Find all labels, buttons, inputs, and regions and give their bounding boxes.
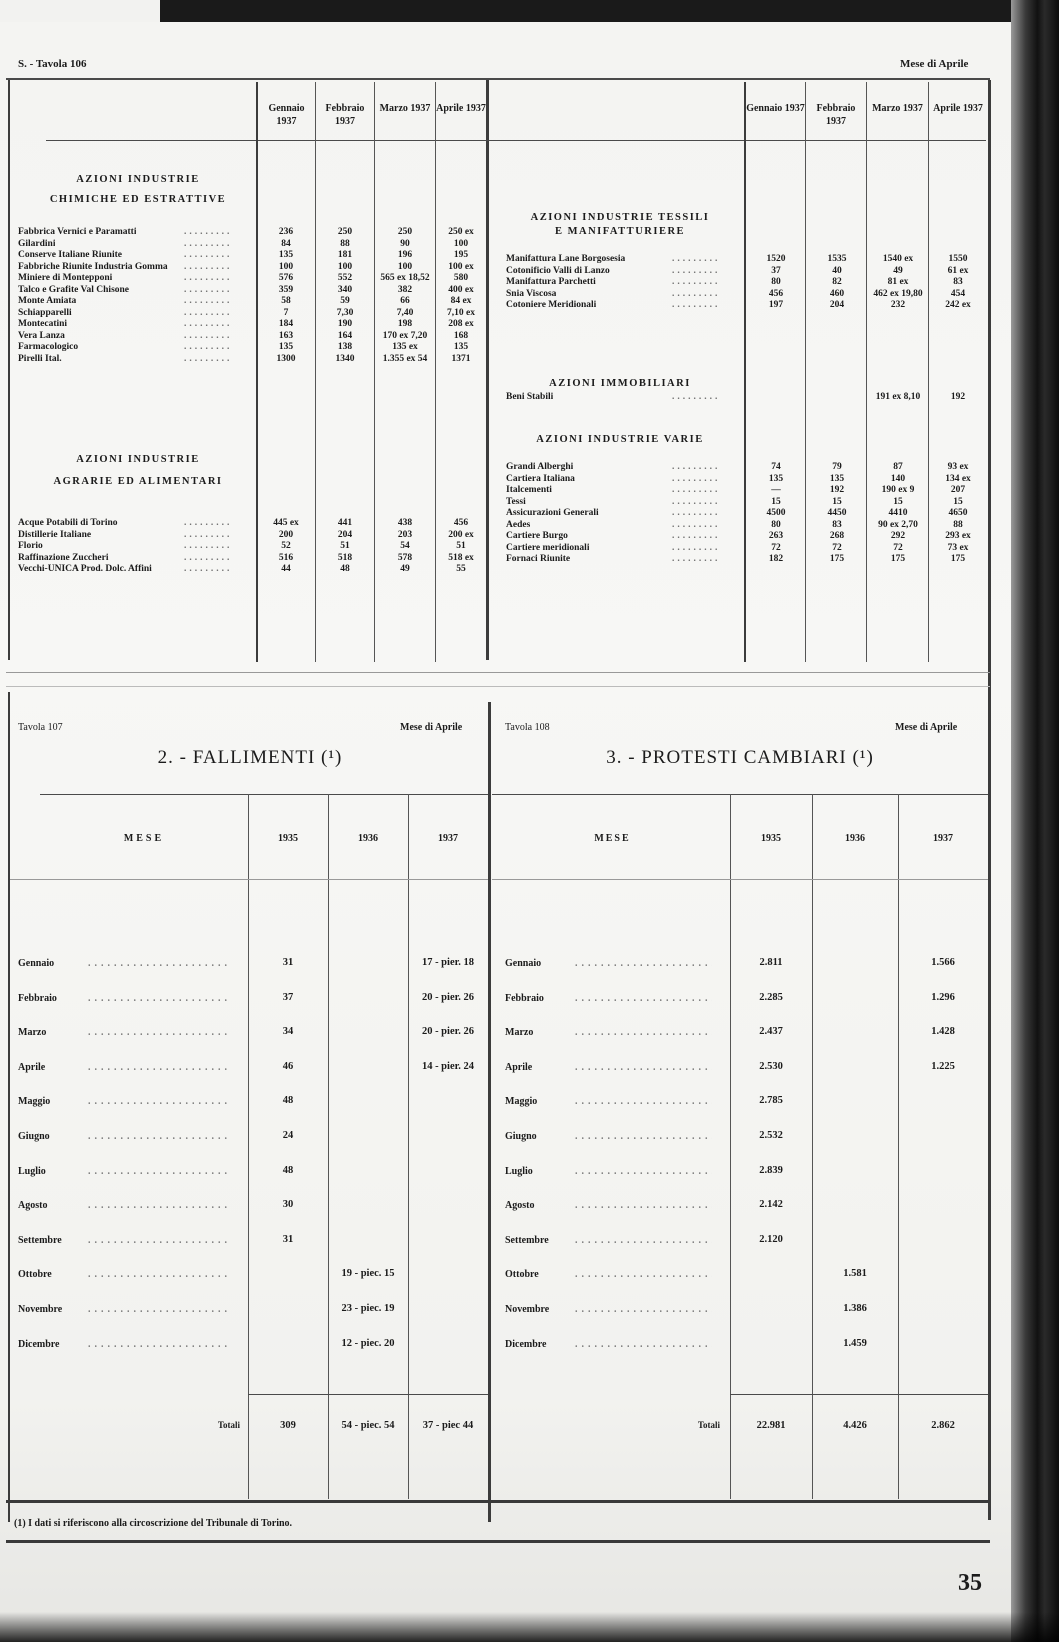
table-row: Manifattura Parchetti.........808281 ex8…: [506, 277, 990, 289]
month-row: Settembre..............................: [505, 1234, 722, 1248]
leader-dots: ..............................: [88, 1095, 230, 1109]
leader-dots: .........: [184, 342, 252, 354]
section-subtitle: E MANIFATTURIERE: [495, 224, 745, 240]
cell-value: 73 ex: [928, 543, 988, 555]
leader-dots: .........: [672, 289, 740, 301]
cell-value: 51: [316, 541, 374, 553]
cell-value: 250 ex: [432, 227, 490, 239]
cell-value: 441: [316, 518, 374, 530]
company-name: Beni Stabili: [506, 392, 553, 404]
table-row: Fabbrica Vernici e Paramatti.........236…: [18, 227, 488, 239]
month-row: Luglio..............................: [505, 1165, 722, 1179]
leader-dots: ..............................: [88, 1061, 230, 1075]
cell-1935: 34: [248, 1026, 328, 1037]
month-row: Novembre..............................: [505, 1303, 722, 1317]
col-head-1937: 1937: [898, 832, 988, 845]
cell-value: 175: [928, 554, 988, 566]
cell-value: 15: [807, 497, 867, 509]
leader-dots: ..............................: [575, 1303, 712, 1317]
month-name: Febbraio: [505, 993, 544, 1004]
cell-value: 90 ex 2,70: [868, 520, 928, 532]
month-name: Gennaio: [505, 958, 541, 969]
table-row: Vera Lanza.........163164170 ex 7,20168: [18, 331, 488, 343]
cell-value: 1340: [316, 354, 374, 366]
section-title: AZIONI INDUSTRIE VARIE: [495, 432, 745, 448]
cell-value: 90: [376, 239, 434, 251]
bottom-rule: [6, 1500, 990, 1503]
cell-value: 565 ex 18,52: [376, 273, 434, 285]
cell-value: 192: [807, 485, 867, 497]
cell-1936: 1.386: [812, 1303, 898, 1314]
company-name: Italcementi: [506, 485, 552, 497]
table-row: Distillerie Italiane.........20020420320…: [18, 530, 488, 542]
month-name: Marzo: [18, 1027, 46, 1038]
cell-value: 196: [376, 250, 434, 262]
cell-value: 163: [257, 331, 315, 343]
company-name: Fabbrica Vernici e Paramatti: [18, 227, 136, 239]
cell-value: 1535: [807, 254, 867, 266]
cell-value: 197: [746, 300, 806, 312]
leader-dots: .........: [672, 531, 740, 543]
month-name: Maggio: [18, 1096, 50, 1107]
cell-value: 4410: [868, 508, 928, 520]
cell-1935: 48: [248, 1165, 328, 1176]
table-row: Pirelli Ital..........130013401.355 ex 5…: [18, 354, 488, 366]
month-row: Gennaio..............................: [505, 957, 722, 971]
cell-value: 190 ex 9: [868, 485, 928, 497]
month-label: Mese di Aprile: [400, 722, 462, 733]
table-row: Schiapparelli.........77,307,407,10 ex: [18, 308, 488, 320]
section-subtitle: AGRARIE ED ALIMENTARI: [20, 474, 256, 490]
cell-value: 59: [316, 296, 374, 308]
cell-value: 88: [928, 520, 988, 532]
totals-label: Totali: [620, 1420, 720, 1430]
cell-value: 84 ex: [432, 296, 490, 308]
cell-value: 83: [807, 520, 867, 532]
cell-value: 170 ex 7,20: [376, 331, 434, 343]
frame-left: [8, 692, 10, 1522]
cell-value: 518: [316, 553, 374, 565]
cell-value: 518 ex: [432, 553, 490, 565]
table-row: Miniere di Montepponi.........576552565 …: [18, 273, 488, 285]
chemical-stocks-rows: Fabbrica Vernici e Paramatti.........236…: [18, 227, 488, 365]
company-name: Gilardini: [18, 239, 55, 251]
cell-value: —: [746, 485, 806, 497]
totals-rule: [248, 1394, 488, 1395]
leader-dots: ..............................: [575, 957, 712, 971]
month-name: Marzo: [505, 1027, 533, 1038]
leader-dots: .........: [184, 285, 252, 297]
cell-value: 4500: [746, 508, 806, 520]
leader-dots: .........: [184, 273, 252, 285]
month-row: Novembre..............................: [18, 1303, 240, 1317]
leader-dots: ..............................: [575, 1130, 712, 1144]
cell-value: 175: [868, 554, 928, 566]
leader-dots: .........: [672, 474, 740, 486]
col-head-1937: 1937: [408, 832, 488, 845]
cell-value: 15: [928, 497, 988, 509]
month-row: Luglio..............................: [18, 1165, 240, 1179]
month-name: Ottobre: [18, 1269, 52, 1280]
table-row: Fabbriche Riunite Industria Gomma.......…: [18, 262, 488, 274]
col-head-gennaio: Gennaio 1937: [746, 102, 805, 115]
company-name: Schiapparelli: [18, 308, 72, 320]
cell-value: 49: [868, 266, 928, 278]
col-head-aprile: Aprile 1937: [929, 102, 987, 115]
cell-value: 204: [316, 530, 374, 542]
month-name: Novembre: [18, 1304, 62, 1315]
leader-dots: ..............................: [575, 1165, 712, 1179]
leader-dots: .........: [672, 508, 740, 520]
cell-value: 456: [746, 289, 806, 301]
col-head-mese: MESE: [495, 832, 730, 845]
cell-value: 1371: [432, 354, 490, 366]
company-name: Manifattura Lane Borgosesia: [506, 254, 625, 266]
agrarian-stocks-rows: Acque Potabili di Torino.........445 ex4…: [18, 518, 488, 576]
cell-value: 135: [746, 474, 806, 486]
cell-value: 55: [432, 564, 490, 576]
month-name: Agosto: [505, 1200, 534, 1211]
cell-value: 48: [316, 564, 374, 576]
cell-value: 52: [257, 541, 315, 553]
month-name: Gennaio: [18, 958, 54, 969]
cell-value: 1300: [257, 354, 315, 366]
month-name: Ottobre: [505, 1269, 539, 1280]
cell-value: 445 ex: [257, 518, 315, 530]
col-head-marzo: Marzo 1937: [375, 102, 435, 115]
table-label-top-left: S. - Tavola 106: [18, 58, 86, 70]
cell-1936: 12 - piec. 20: [328, 1338, 408, 1349]
cell-value: 1520: [746, 254, 806, 266]
month-row: Gennaio..............................: [18, 957, 240, 971]
header-rule: [492, 879, 988, 880]
protesti-title: 3. - PROTESTI CAMBIARI (¹): [495, 747, 985, 769]
cell-1935: 46: [248, 1061, 328, 1072]
total-1935: 22.981: [730, 1420, 812, 1431]
mid-rule: [6, 686, 990, 687]
cell-value: 72: [868, 543, 928, 555]
cell-value: 204: [807, 300, 867, 312]
leader-dots: .........: [184, 227, 252, 239]
table-row: Farmacologico.........135138135 ex135: [18, 342, 488, 354]
company-name: Cartiere meridionali: [506, 543, 589, 555]
cell-value: 49: [376, 564, 434, 576]
cell-value: 456: [432, 518, 490, 530]
company-name: Assicurazioni Generali: [506, 508, 599, 520]
total-1936: 4.426: [812, 1420, 898, 1431]
leader-dots: .........: [184, 541, 252, 553]
cell-value: 58: [257, 296, 315, 308]
table-row: Snia Viscosa.........456460462 ex 19,804…: [506, 289, 990, 301]
month-name: Settembre: [505, 1235, 549, 1246]
footnote: (1) I dati si riferiscono alla circoscri…: [14, 1518, 292, 1529]
cell-1936: 1.459: [812, 1338, 898, 1349]
totals-rule: [730, 1394, 988, 1395]
table-row: Cartiera Italiana.........135135140134 e…: [506, 474, 990, 486]
col-line: [866, 82, 867, 662]
leader-dots: .........: [672, 300, 740, 312]
section-title: AZIONI INDUSTRIE: [20, 452, 256, 468]
cell-value: 293 ex: [928, 531, 988, 543]
month-name: Giugno: [18, 1131, 50, 1142]
leader-dots: .........: [184, 530, 252, 542]
col-line: [928, 82, 929, 662]
table-row: Raffinazione Zuccheri.........5165185785…: [18, 553, 488, 565]
cell-value: 15: [746, 497, 806, 509]
cell-value: 576: [257, 273, 315, 285]
company-name: Grandi Alberghi: [506, 462, 573, 474]
company-name: Aedes: [506, 520, 530, 532]
cell-1935: 2.785: [730, 1095, 812, 1106]
leader-dots: ..............................: [88, 1165, 230, 1179]
leader-dots: ..............................: [88, 1268, 230, 1282]
month-name: Aprile: [18, 1062, 45, 1073]
leader-dots: ..............................: [575, 1234, 712, 1248]
cell-1935: 48: [248, 1095, 328, 1106]
leader-dots: ..............................: [88, 1199, 230, 1213]
table-row: Italcementi.........—192190 ex 9207: [506, 485, 990, 497]
cell-value: 100: [257, 262, 315, 274]
cell-value: 81 ex: [868, 277, 928, 289]
col-head-aprile: Aprile 1937: [436, 102, 486, 115]
header-rule: [46, 140, 986, 141]
month-name: Luglio: [18, 1166, 46, 1177]
cell-value: 66: [376, 296, 434, 308]
cell-value: 382: [376, 285, 434, 297]
leader-dots: ..............................: [88, 1026, 230, 1040]
cell-value: 195: [432, 250, 490, 262]
cell-value: 4450: [807, 508, 867, 520]
col-line: [805, 82, 806, 662]
cell-value: 80: [746, 520, 806, 532]
cell-value: 82: [807, 277, 867, 289]
cell-value: 578: [376, 553, 434, 565]
cell-value: 72: [807, 543, 867, 555]
table-row: Cartiere Burgo.........263268292293 ex: [506, 531, 990, 543]
leader-dots: .........: [184, 518, 252, 530]
leader-dots: ..............................: [88, 1234, 230, 1248]
table-row: Gilardini.........848890100: [18, 239, 488, 251]
company-name: Cotoniere Meridionali: [506, 300, 596, 312]
cell-1936: 23 - piec. 19: [328, 1303, 408, 1314]
leader-dots: .........: [184, 553, 252, 565]
cell-value: 292: [868, 531, 928, 543]
leader-dots: ..............................: [575, 1061, 712, 1075]
total-1935: 309: [248, 1420, 328, 1431]
col-head-1936: 1936: [328, 832, 408, 845]
cell-1935: 37: [248, 992, 328, 1003]
col-head-1935: 1935: [730, 832, 812, 845]
header-rule: [492, 794, 988, 795]
cell-1935: 2.142: [730, 1199, 812, 1210]
month-row: Aprile..............................: [505, 1061, 722, 1075]
section-subtitle: CHIMICHE ED ESTRATTIVE: [20, 192, 256, 208]
cell-1935: 31: [248, 957, 328, 968]
cell-value: 198: [376, 319, 434, 331]
month-name: Agosto: [18, 1200, 47, 1211]
leader-dots: ..............................: [88, 1130, 230, 1144]
month-name: Settembre: [18, 1235, 62, 1246]
leader-dots: ..............................: [88, 1303, 230, 1317]
scan-margin: [0, 0, 160, 22]
month-row: Maggio..............................: [505, 1095, 722, 1109]
col-head-febbraio: Febbraio 1937: [316, 102, 374, 128]
leader-dots: ..............................: [88, 992, 230, 1006]
cell-value: 40: [807, 266, 867, 278]
cell-value: 191 ex 8,10: [868, 392, 928, 404]
table-row: Cotonificio Valli di Lanzo.........37404…: [506, 266, 990, 278]
book-spine-shadow: [1011, 0, 1059, 1642]
cell-value: 400 ex: [432, 285, 490, 297]
cell-value: 268: [807, 531, 867, 543]
month-row: Settembre..............................: [18, 1234, 240, 1248]
cell-value: 135: [432, 342, 490, 354]
cell-value: 200 ex: [432, 530, 490, 542]
cell-value: 460: [807, 289, 867, 301]
company-name: Vecchi-UNICA Prod. Dolc. Affini: [18, 564, 152, 576]
total-1936: 54 - piec. 54: [328, 1420, 408, 1431]
cell-value: 1.355 ex 54: [376, 354, 434, 366]
cell-value: 138: [316, 342, 374, 354]
cell-value: 175: [807, 554, 867, 566]
cell-value: 100: [376, 262, 434, 274]
leader-dots: .........: [672, 254, 740, 266]
table-row: Fornaci Riunite.........182175175175: [506, 554, 990, 566]
month-row: Dicembre..............................: [505, 1338, 722, 1352]
cell-value: 15: [868, 497, 928, 509]
leader-dots: .........: [184, 239, 252, 251]
cell-value: 7: [257, 308, 315, 320]
cell-1937: 20 - pier. 26: [408, 992, 488, 1003]
cell-value: 552: [316, 273, 374, 285]
cell-1935: 31: [248, 1234, 328, 1245]
cell-value: 359: [257, 285, 315, 297]
table-row: Florio.........52515451: [18, 541, 488, 553]
col-line: [744, 82, 746, 662]
bottom-rule: [6, 1540, 990, 1543]
leader-dots: .........: [184, 296, 252, 308]
cell-value: 93 ex: [928, 462, 988, 474]
leader-dots: ..............................: [575, 1026, 712, 1040]
company-name: Cotonificio Valli di Lanzo: [506, 266, 610, 278]
table-label: Tavola 107: [18, 722, 63, 733]
cell-value: 37: [746, 266, 806, 278]
cell-value: 168: [432, 331, 490, 343]
cell-value: 207: [928, 485, 988, 497]
table-row: Talco e Grafite Val Chisone.........3593…: [18, 285, 488, 297]
cell-value: 7,40: [376, 308, 434, 320]
cell-value: 84: [257, 239, 315, 251]
cell-1935: 2.120: [730, 1234, 812, 1245]
cell-1936: 19 - piec. 15: [328, 1268, 408, 1279]
leader-dots: .........: [184, 250, 252, 262]
leader-dots: .........: [672, 462, 740, 474]
scan-edge-shadow: [0, 1612, 1059, 1642]
cell-value: 4650: [928, 508, 988, 520]
header-rule: [40, 794, 488, 795]
cell-1937: 17 - pier. 18: [408, 957, 488, 968]
cell-value: 263: [746, 531, 806, 543]
frame-left: [8, 80, 10, 660]
company-name: Raffinazione Zuccheri: [18, 553, 109, 565]
cell-value: 454: [928, 289, 988, 301]
total-1937: 37 - piec 44: [408, 1420, 488, 1431]
cell-value: 51: [432, 541, 490, 553]
company-name: Miniere di Montepponi: [18, 273, 112, 285]
company-name: Farmacologico: [18, 342, 78, 354]
company-name: Distillerie Italiane: [18, 530, 91, 542]
company-name: Snia Viscosa: [506, 289, 556, 301]
cell-value: 87: [868, 462, 928, 474]
col-head-1935: 1935: [248, 832, 328, 845]
table-row: Vecchi-UNICA Prod. Dolc. Affini.........…: [18, 564, 488, 576]
header-rule: [10, 879, 488, 880]
cell-1935: 2.285: [730, 992, 812, 1003]
company-name: Cartiera Italiana: [506, 474, 575, 486]
month-label: Mese di Aprile: [895, 722, 957, 733]
company-name: Montecatini: [18, 319, 67, 331]
cell-value: 79: [807, 462, 867, 474]
cell-1935: 2.839: [730, 1165, 812, 1176]
table-row: Aedes.........808390 ex 2,7088: [506, 520, 990, 532]
cell-value: 100 ex: [432, 262, 490, 274]
table-row: Monte Amiata.........58596684 ex: [18, 296, 488, 308]
table-row: Conserve Italiane Riunite.........135181…: [18, 250, 488, 262]
month-row: Ottobre..............................: [18, 1268, 240, 1282]
cell-value: 135: [807, 474, 867, 486]
cell-1937: 14 - pier. 24: [408, 1061, 488, 1072]
cell-1937: 1.566: [898, 957, 988, 968]
company-name: Talco e Grafite Val Chisone: [18, 285, 129, 297]
leader-dots: .........: [672, 520, 740, 532]
cell-1935: 2.532: [730, 1130, 812, 1141]
leader-dots: .........: [672, 266, 740, 278]
col-head-febbraio: Febbraio 1937: [806, 102, 866, 128]
month-row: Marzo..............................: [505, 1026, 722, 1040]
leader-dots: .........: [184, 319, 252, 331]
leader-dots: .........: [184, 354, 252, 366]
month-row: Giugno..............................: [505, 1130, 722, 1144]
document-page: S. - Tavola 106 Mese di Aprile Gennaio 1…: [0, 22, 1030, 1642]
cell-value: 1550: [928, 254, 988, 266]
cell-value: 7,30: [316, 308, 374, 320]
cell-value: 135: [257, 342, 315, 354]
top-rule: [6, 78, 990, 80]
cell-1937: 1.225: [898, 1061, 988, 1072]
month-row: Febbraio..............................: [505, 992, 722, 1006]
col-head-gennaio: Gennaio 1937: [258, 102, 315, 128]
real-estate-stocks-rows: Beni Stabili.........191 ex 8,10192: [506, 392, 990, 404]
cell-1937: 20 - pier. 26: [408, 1026, 488, 1037]
table-row: Montecatini.........184190198208 ex: [18, 319, 488, 331]
company-name: Florio: [18, 541, 43, 553]
cell-value: 135: [257, 250, 315, 262]
month-name: Dicembre: [505, 1339, 546, 1350]
leader-dots: ..............................: [88, 957, 230, 971]
cell-value: 7,10 ex: [432, 308, 490, 320]
cell-value: 182: [746, 554, 806, 566]
totals-label: Totali: [140, 1420, 240, 1430]
cell-value: 190: [316, 319, 374, 331]
company-name: Manifattura Parchetti: [506, 277, 596, 289]
leader-dots: .........: [672, 497, 740, 509]
cell-value: 54: [376, 541, 434, 553]
leader-dots: ..............................: [575, 1095, 712, 1109]
cell-value: 340: [316, 285, 374, 297]
cell-value: 88: [316, 239, 374, 251]
month-row: Agosto..............................: [505, 1199, 722, 1213]
cell-value: 462 ex 19,80: [868, 289, 928, 301]
